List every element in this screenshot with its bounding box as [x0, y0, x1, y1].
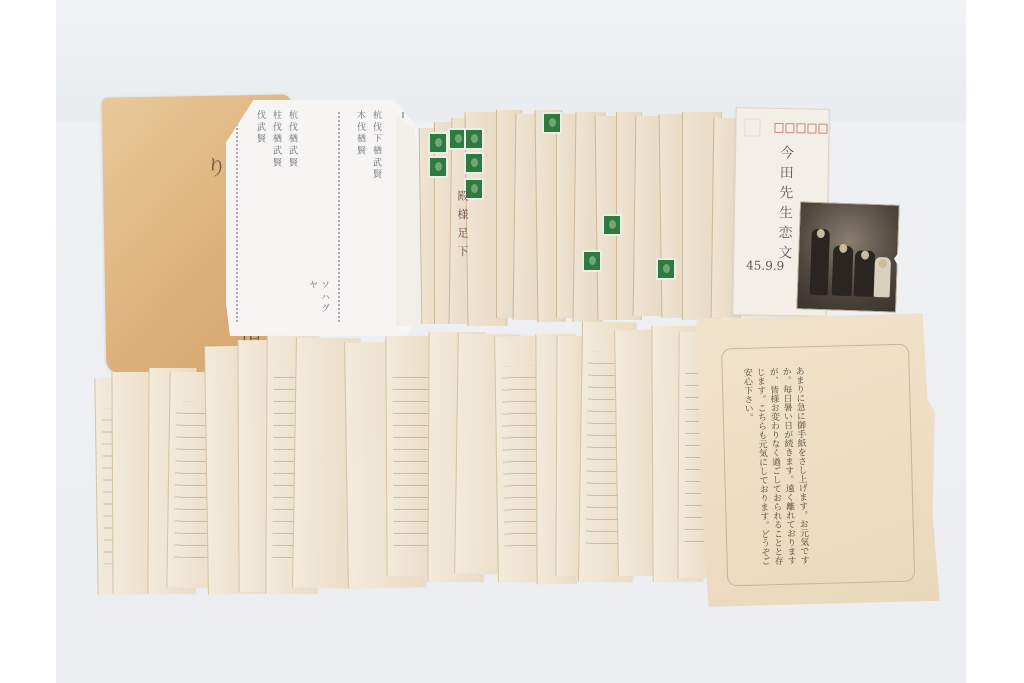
- photo-figure: [832, 245, 854, 296]
- postcard-date: 45.9.9: [746, 258, 784, 273]
- sheet-column: 杭 伐 下 楢 武 賢: [370, 110, 382, 330]
- postage-stamp: [428, 132, 448, 154]
- postage-stamp: [542, 112, 562, 134]
- photo: 松浦不二子氏預り 伐 武 賢 柱 伐 楢 武 賢 杭 伐 楢 武 賢 木 伐 楢…: [56, 0, 966, 683]
- sheet-column: 杭 伐 楢 武 賢: [286, 110, 298, 330]
- handwritten-letter: あまりに急に御手紙をさし上げます。お元気ですか。毎日暑い日が続きます。遠く離れて…: [696, 313, 939, 607]
- old-photograph: [796, 201, 900, 312]
- postage-stamp: [602, 214, 622, 236]
- circled-numbers-column: [338, 112, 352, 322]
- postcard-address: 今田先生恋文: [774, 145, 796, 265]
- sheet-column: ソ ハ グ ヤ: [306, 280, 330, 320]
- circled-numbers-column: [236, 112, 250, 322]
- cut-record-sheet: 伐 武 賢 柱 伐 楢 武 賢 杭 伐 楢 武 賢 木 伐 楢 賢 杭 伐 下 …: [226, 100, 422, 336]
- postage-stamp: [464, 128, 484, 150]
- postal-code-boxes: [774, 123, 827, 134]
- envelope-address: 殿 様 足 下: [454, 190, 470, 259]
- postage-stamp: [582, 250, 602, 272]
- photo-figure: [810, 229, 830, 296]
- sheet-column: 木 伐 楢 賢: [354, 110, 366, 330]
- postage-stamp: [656, 258, 676, 280]
- sheet-column: 伐 武 賢: [254, 110, 266, 330]
- sheet-column: 柱 伐 楢 武 賢: [270, 110, 282, 330]
- handwriting-lines: [393, 366, 431, 546]
- letter-text: あまりに急に御手紙をさし上げます。お元気ですか。毎日暑い日が続きます。遠く離れて…: [740, 366, 810, 568]
- postage-stamp: [428, 156, 448, 178]
- postage-stamp: [464, 152, 484, 174]
- stamp-box: [744, 118, 760, 136]
